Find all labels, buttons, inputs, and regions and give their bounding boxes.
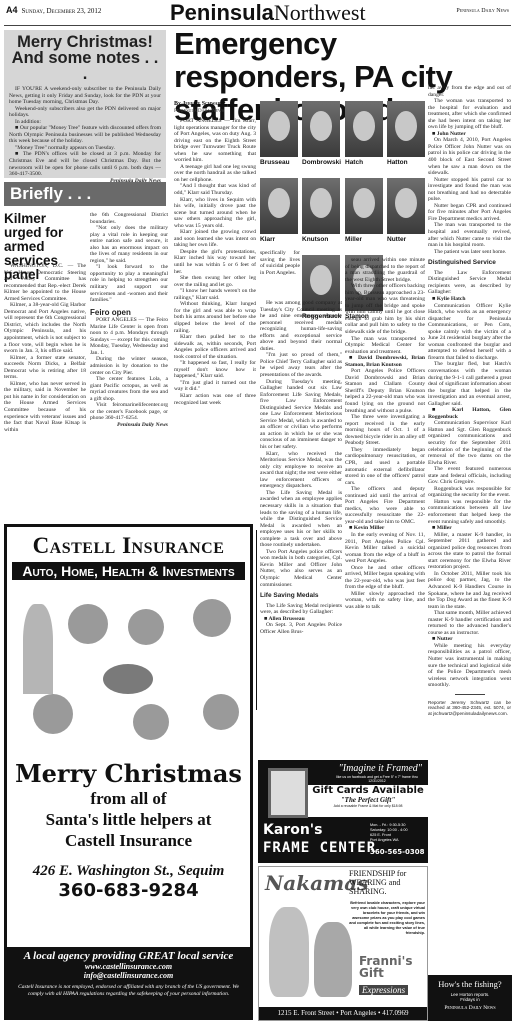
kilmer-story: WASHINGTON, D.C. — The U.S. House Democr… [4,263,86,433]
ad-phone: 360-683-9284 [7,880,250,901]
tree-icon [23,604,53,694]
subhead-distinguished: Distinguished Service [428,260,511,267]
elf-face [33,694,73,734]
article-col-2: He was among good company at Tuesday's C… [260,300,342,635]
section-masthead: PeninsulaNorthwest [170,0,366,26]
ad-footer: A local agency providing GREAT local ser… [7,947,250,1017]
byline: By Jeremy Schwartz [174,101,226,107]
frannis-logo: Franni's Gift [359,955,412,979]
ad-email-link[interactable]: info@castellinsurance.com [7,971,250,980]
page-dateline: A4Sunday, December 23, 2012 [6,5,101,15]
article-col-3: seau arrived within one minute of being … [345,257,425,611]
briefly-banner: Briefly . . . [4,182,166,206]
christmas-notes-box: Merry Christmas! And some notes . . . IF… [4,30,166,178]
elf-face [193,599,231,637]
santa-sack-icon [103,664,153,694]
ad-website-link[interactable]: www.castellinsurance.com [7,962,250,971]
ad-title: Castell Insurance [7,533,250,559]
byline-org: Peninsula Daily News [174,108,224,114]
elf-face [203,694,239,730]
fishing-promo-box[interactable]: How's the fishing? Lee Horton reports. F… [428,975,512,1021]
reporter-note: Reporter Jeremy Schwartz can be reached … [428,700,511,717]
castell-insurance-ad[interactable]: Castell Insurance Auto, Home, Health & I… [4,524,253,1020]
ad-subtitle: Auto, Home, Health & Investments [12,562,245,580]
photo-knutson [302,178,340,234]
photo-miller [345,178,383,234]
photo-klarr [260,178,298,234]
elf-face [68,604,108,644]
ad-address: 426 E. Washington St., Sequim [7,863,250,880]
photo-hatch [345,101,383,157]
framed-portrait-icon [268,768,308,818]
divider [455,694,485,695]
lion-plush-icon [269,907,309,997]
photo-hatton [387,101,425,157]
karons-frame-center-ad[interactable]: "Imagine it Framed" like us on facebook … [258,760,428,863]
date: Sunday, December 23, 2012 [22,7,102,15]
photo-brusseau [260,101,298,157]
subhead-life-saving: Life Saving Medals [260,593,342,600]
nakamas-franni-gift-ad[interactable]: Nakamas FRIENDSHIP for WEARING and SHARI… [258,866,428,1021]
cat-plush-icon [314,922,352,997]
elf-face [133,704,169,740]
notes-title: Merry Christmas! And some notes . . . [9,34,161,82]
photo-dombrowski [302,101,340,157]
store-hours: Mon. - Fri.: 9:30-5:30 Saturday: 10:00 -… [370,823,408,843]
kilmer-continued: the 6th Congressional District boundarie… [90,212,168,429]
gift-card-panel: Gift Cards Available "The Perfect Gift" … [308,785,428,817]
photo-nutter [387,178,425,234]
article-col-1: PORT ANGELES — Jim Klarr, light operatio… [174,118,256,406]
article-col-4: her away from the edge and out of danger… [428,85,511,716]
feiro-signature: Peninsula Daily News [90,422,168,429]
elf-face [128,609,164,645]
column-rule [256,530,257,710]
feiro-headline: Feiro open [90,310,168,317]
page-number: A4 [6,5,18,15]
store-address: 1215 E. Front Street • Port Angeles • 41… [259,1007,427,1020]
paper-name: Peninsula Daily News [456,8,509,14]
ad-merry-christmas: Merry Christmas [7,759,250,788]
article-col-2-top: specifically for saving the lives of sui… [260,250,300,276]
elves-illustration [13,584,244,754]
